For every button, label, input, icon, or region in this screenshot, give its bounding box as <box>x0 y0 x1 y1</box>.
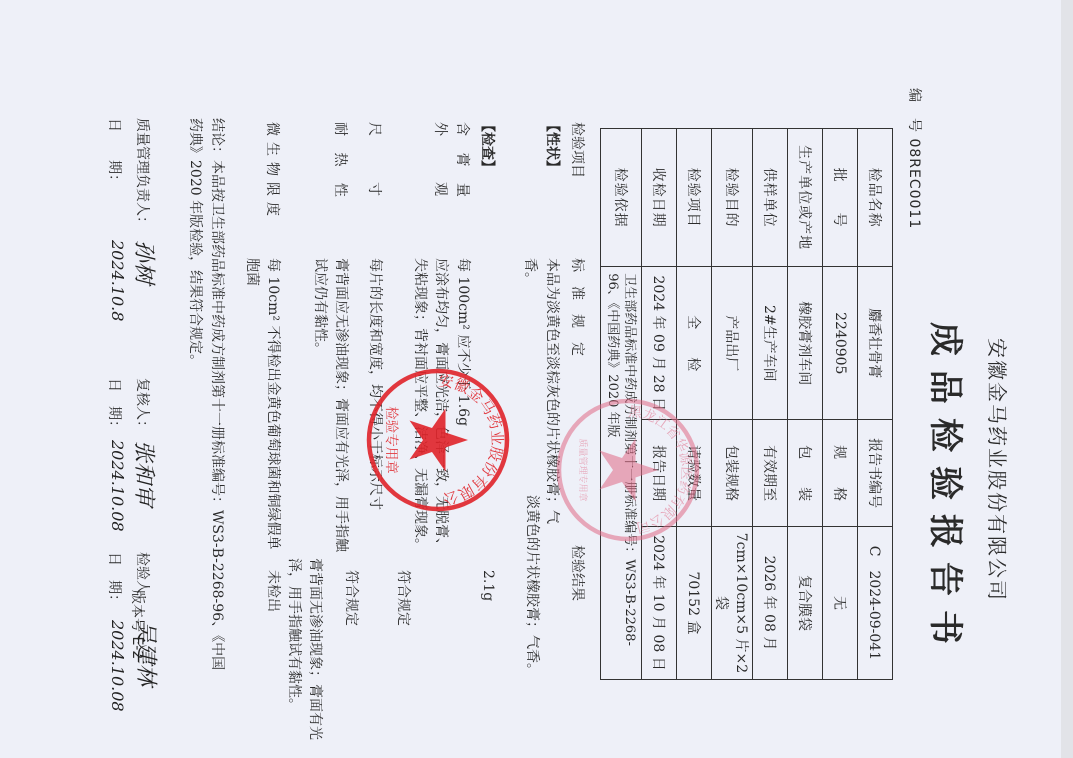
info-row: 生产单位或产地橡胶膏剂车间包 装复合膜袋 <box>788 129 823 680</box>
document-number: 编 号 08REC0011 <box>905 88 925 229</box>
check-item-label: 外 观 <box>431 122 451 232</box>
info-value: 橡胶膏剂车间 <box>788 267 823 420</box>
column-header-standard: 标 准 规 定 <box>568 258 588 356</box>
scan-edge <box>1061 0 1073 758</box>
character-result: 淡黄色的片状橡胶膏；气香。 <box>521 495 543 758</box>
check-item-label: 尺 寸 <box>365 122 385 232</box>
check-item-standard: 每 10cm² 不得检出金黄色葡萄球菌和铜绿假单胞菌 <box>241 258 283 558</box>
inspector-date-label: 日 期： <box>105 552 125 608</box>
info-value: 麝香壮骨膏 <box>858 267 893 420</box>
column-header-item: 检验项目 <box>568 122 588 178</box>
seal-star-icon: 安徽金马药业股份有限公司 检验专用章 <box>363 365 513 515</box>
inspection-report-page: 编 号 08REC0011 版本号 E-2 安徽金马药业股份有限公司 成品检验报… <box>0 0 1073 758</box>
info-value-2: 复合膜袋 <box>788 526 823 679</box>
info-label: 批 号 <box>823 129 858 267</box>
qa-date-label: 日 期： <box>105 118 125 188</box>
info-label: 检验项目 <box>677 129 712 267</box>
conclusion: 结论：本品按卫生部药品标准中药成方制剂第十一册标准编号：WS3-B-2268-9… <box>184 118 228 678</box>
check-item-label: 含 膏 量 <box>453 122 473 232</box>
company-name: 安徽金马药业股份有限公司 <box>984 280 1013 660</box>
inspector-label: 检验人： <box>133 552 153 608</box>
doc-number-label: 编 号 <box>906 88 922 133</box>
seal-star-icon: 黑龙江省华源医药有限公司 质量管理专用章 <box>553 395 703 545</box>
conclusion-label: 结论： <box>209 118 225 160</box>
info-label-2: 规 格 <box>823 420 858 527</box>
info-value: 2#生产车间 <box>753 267 788 420</box>
info-value-2: C 2024-09-041 <box>858 526 893 679</box>
info-row: 检品名称麝香壮骨膏报告书编号C 2024-09-041 <box>858 129 893 680</box>
qa-date: 2024.10.8 <box>108 240 127 321</box>
svg-text:检验专用章: 检验专用章 <box>383 406 400 474</box>
info-value-2: 7cm×10cm×5 片×2 袋 <box>712 526 753 679</box>
basis-label: 检验依据 <box>601 129 642 267</box>
info-label-2: 包装规格 <box>712 420 753 527</box>
qa-manager-label: 质量管理负责人： <box>133 118 153 230</box>
check-item-result: 2.1g <box>477 570 498 750</box>
inspector-date: 2024.10.08 <box>108 620 127 712</box>
check-item-label: 微生物限度 <box>263 122 283 232</box>
info-label-2: 报告书编号 <box>858 420 893 527</box>
inspector-signature: 吴建林 <box>132 620 163 686</box>
conclusion-text: 本品按卫生部药品标准中药成方制剂第十一册标准编号：WS3-B-2268-96、《… <box>187 118 225 670</box>
check-item-result: 符合规定 <box>340 570 361 750</box>
qa-manager-signature: 孙树 <box>130 240 161 284</box>
reviewer-date-label: 日 期： <box>105 378 125 434</box>
info-label: 收检日期 <box>642 129 677 267</box>
check-item-result: 膏背面无渗油现象；膏面有光泽，用手指触试有黏性。 <box>283 558 325 748</box>
doc-number-value: 08REC0011 <box>906 138 922 229</box>
info-row: 供样单位2#生产车间有效期至2026 年 08 月 <box>753 129 788 680</box>
section-check: 【检查】 <box>478 118 498 174</box>
check-item-result: 未检出 <box>262 570 283 750</box>
reviewer-date: 2024.10.08 <box>108 440 127 532</box>
info-label: 供样单位 <box>753 129 788 267</box>
info-label-2: 有效期至 <box>753 420 788 527</box>
svg-text:质量管理专用章: 质量管理专用章 <box>577 438 589 501</box>
info-label: 检验目的 <box>712 129 753 267</box>
info-label: 检品名称 <box>858 129 893 267</box>
info-value-2: 2024 年 10 月 08 日 <box>642 526 677 679</box>
reviewer-signature: 张和审 <box>130 440 161 506</box>
report-title: 成品检验报告书 <box>924 280 973 700</box>
info-value: 2240905 <box>823 267 858 420</box>
column-header-result: 检验结果 <box>568 545 588 601</box>
info-label: 生产单位或产地 <box>788 129 823 267</box>
check-item-result: 符合规定 <box>392 570 413 750</box>
company-inspection-seal: 安徽金马药业股份有限公司 检验专用章 <box>363 365 513 515</box>
reviewer-label: 复核人： <box>133 378 153 434</box>
info-value-2: 2026 年 08 月 <box>753 526 788 679</box>
info-row: 检验目的产品出厂包装规格7cm×10cm×5 片×2 袋 <box>712 129 753 680</box>
check-item-standard: 膏背面应无渗油现象；膏面应有光泽，用手指触试应仍有黏性。 <box>309 258 351 558</box>
section-character: 【性状】 <box>543 118 563 174</box>
info-label-2: 包 装 <box>788 420 823 527</box>
info-value: 产品出厂 <box>712 267 753 420</box>
info-row: 批 号2240905规 格无 <box>823 129 858 680</box>
info-value-2: 无 <box>823 526 858 679</box>
check-item-label: 耐 热 性 <box>331 122 351 232</box>
faint-company-seal: 黑龙江省华源医药有限公司 质量管理专用章 <box>553 395 703 545</box>
info-value-2: 70152 盒 <box>677 526 712 679</box>
